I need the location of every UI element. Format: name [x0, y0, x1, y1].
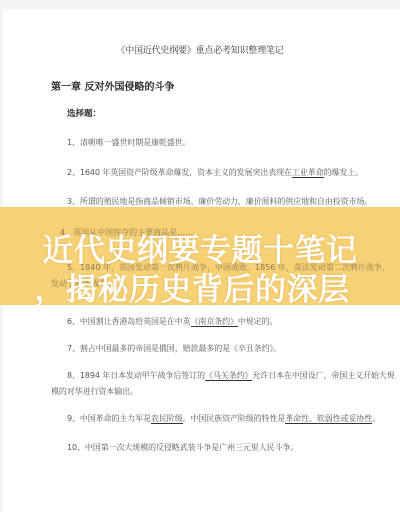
- chapter-heading: 第一章 反对外国侵略的斗争: [51, 78, 174, 93]
- item-text: 中国革命的主力军是: [80, 414, 151, 423]
- list-item: 7、割占中国最多的帝国是俄国，赔款最多的是《辛丑条约》。: [67, 343, 281, 354]
- document-title: 《中国近代史纲要》重点必考知识整理笔记: [0, 43, 400, 56]
- item-text: 1894 年日本发动甲午战争后签订的: [80, 371, 205, 380]
- list-item: 8、1894 年日本发动甲午战争后签订的《马关条约》允许日本在中国设厂，帝国主义…: [67, 370, 395, 381]
- list-item: 1、清朝唯一盛世时期是康乾盛世。: [67, 137, 191, 148]
- list-item: 2、1640 年英国资产阶级革命爆发，资本主义的发展突出表现在工业革命的爆发上。: [67, 167, 363, 178]
- item-number: 9、: [67, 414, 80, 423]
- list-item-continuation: 模的对华进行资本输出。: [51, 386, 138, 397]
- item-number: 2、: [67, 168, 80, 177]
- list-item: 3、所谓的殖民地是指商品倾销市场、廉价劳动力、廉价原料的供应地和自由投资市场。: [67, 196, 372, 207]
- underlined-answer: 工业革命: [292, 168, 324, 178]
- banner-title-line-2: ，揭秘历史背后的深层: [0, 264, 392, 305]
- item-number: 6、: [67, 317, 80, 326]
- item-number: 3、: [67, 197, 80, 206]
- item-text: 。: [372, 414, 380, 423]
- title-banner: 4、英国从中国掠夺的主要商品是…… 5、1840 年，英国发动第一次鸦片战争，中…: [0, 207, 400, 305]
- list-item: 6、中国割让香港岛给英国是在中英《南京条约》中规定的。: [67, 316, 277, 327]
- list-item: 10、中国第一次大规模的反侵略武装斗争是广州三元里人民斗争。: [67, 442, 298, 453]
- underlined-answer: 农民阶级: [151, 414, 183, 424]
- underlined-answer: 革命性、软弱性或妥协性: [285, 414, 372, 424]
- item-number: 10、: [67, 443, 85, 452]
- item-text: 割占中国最多的帝国是俄国，赔款最多的是《辛丑条约》。: [80, 344, 281, 353]
- item-text: 。中国民族资产阶级的特性是: [183, 414, 286, 423]
- item-number: 8、: [67, 371, 80, 380]
- item-text: 允许日本在中国设厂，帝国主义开始大规: [252, 371, 394, 380]
- item-text: 的爆发上。: [324, 168, 364, 177]
- underlined-answer: 《南京条约》: [191, 317, 238, 327]
- list-item: 9、中国革命的主力军是农民阶级。中国民族资产阶级的特性是革命性、软弱性或妥协性。: [67, 413, 380, 424]
- item-text: 所谓的殖民地是指商品倾销市场、廉价劳动力、廉价原料的供应地和自由投资市场。: [80, 197, 372, 206]
- item-number: 1、: [67, 138, 80, 147]
- item-number: 7、: [67, 344, 80, 353]
- item-text: 中规定的。: [238, 317, 278, 326]
- item-text: 1640 年英国资产阶级革命爆发，资本主义的发展突出表现在: [80, 168, 292, 177]
- item-text: 清朝唯一盛世时期是康乾盛世。: [80, 138, 191, 147]
- underlined-answer: 《马关条约》: [205, 371, 252, 381]
- item-text: 中国第一次大规模的反侵略武装斗争是广州三元里人民斗争。: [85, 443, 298, 452]
- section-heading: 选择题：: [67, 107, 101, 119]
- item-text: 中国割让香港岛给英国是在中英: [80, 317, 191, 326]
